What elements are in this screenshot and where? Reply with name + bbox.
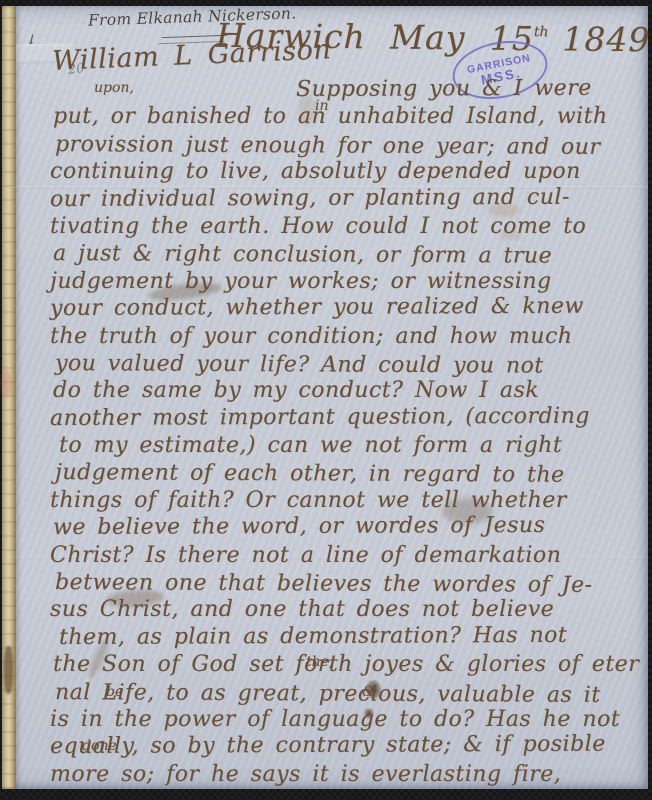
letter-line: judgement of each other, in regard to th…: [55, 459, 650, 490]
year: 1849: [562, 19, 650, 59]
letter-line: our individual sowing, or planting and c…: [50, 183, 650, 213]
addressee: William L Garrison: [51, 34, 331, 77]
letter-line: your conduct, whether you realized & kne…: [50, 293, 650, 323]
letter-line: continuing to live, absolutly depended u…: [50, 158, 650, 185]
letter-line: things of faith? Or cannot we tell wheth…: [50, 487, 650, 514]
letter-line: the truth of your condition; and how muc…: [50, 323, 650, 350]
letter-line: another most important question, (accord…: [50, 402, 650, 432]
letter-line: tivating the earth. How could I not come…: [50, 213, 650, 240]
letter-line: between one that believes the wordes of …: [55, 569, 650, 600]
page-edge: [2, 6, 16, 789]
letter-page: From Elkanah Nickerson. ↓ 20 Harwich May…: [2, 6, 648, 789]
interlinear-insertion: in: [315, 98, 329, 114]
letter-line: nal Life, to as great, precious, valuabl…: [55, 679, 650, 710]
letter-line: judgement by your workes; or witnessing: [50, 268, 650, 295]
letter-line: provission just enough for one year; and…: [55, 131, 650, 162]
letter-line: Supposing you & I were: [296, 74, 650, 103]
letter-line: Christ? Is there not a line of demarkati…: [50, 542, 650, 569]
interlinear-insertion: done: [82, 738, 117, 754]
letter-line: equally, so by the contrary state; & if …: [50, 731, 650, 761]
interlinear-insertion: be: [106, 684, 123, 700]
letter-line: them, as plain as demonstration? Has not: [59, 621, 650, 651]
letter-line: to my estimate,) can we not form a right: [59, 432, 650, 459]
letter-line: the Son of God set forth joyes & glories…: [53, 651, 650, 678]
interlinear-insertion: &: [362, 684, 374, 700]
letter-line: put, or banished to an unhabited Island,…: [53, 103, 650, 130]
letter-line: we believe the word, or wordes of Jesus: [53, 512, 650, 542]
letter-line: do the same by my conduct? Now I ask: [53, 377, 650, 404]
letter-line: sus Christ, and one that does not believ…: [50, 596, 650, 623]
letter-line: you valued your life? And could you not: [55, 350, 650, 381]
letter-body: Supposing you & I wereput, or banished t…: [50, 76, 650, 788]
letter-scan: From Elkanah Nickerson. ↓ 20 Harwich May…: [0, 0, 652, 800]
letter-line: is in the power of language to do? Has h…: [50, 706, 650, 733]
letter-line: a just & right conclusion, or form a tru…: [53, 240, 650, 271]
letter-line: more so; for he says it is everlasting f…: [50, 761, 650, 788]
interlinear-insertion: upon,: [94, 80, 134, 96]
interlinear-insertion: the,: [306, 654, 333, 670]
date-superscript: th: [534, 24, 549, 40]
